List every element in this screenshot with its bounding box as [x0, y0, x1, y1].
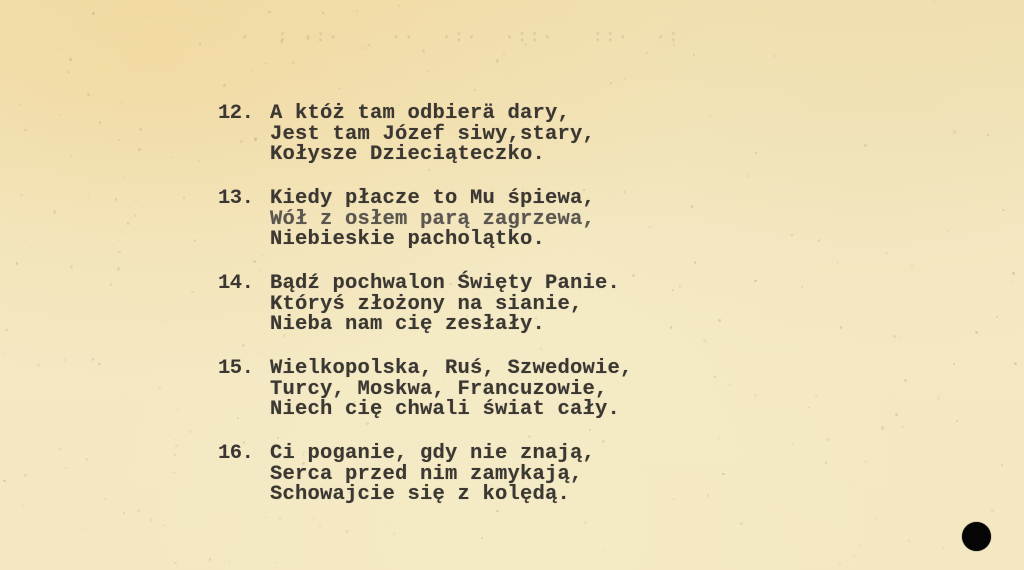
verse-line: Wół z osłem parą zagrzewa, — [270, 210, 595, 231]
paper-speckle — [860, 544, 861, 545]
paper-speckle — [908, 540, 910, 542]
paper-speckle — [902, 74, 903, 75]
paper-speckle — [836, 381, 837, 382]
paper-speckle — [871, 17, 872, 19]
paper-speckle — [775, 38, 776, 39]
paper-speckle — [718, 437, 721, 440]
paper-speckle — [876, 518, 878, 519]
paper-speckle — [991, 509, 993, 512]
paper-speckle — [177, 408, 179, 411]
paper-speckle — [826, 438, 829, 442]
paper-speckle — [728, 384, 731, 386]
paper-speckle — [88, 197, 90, 199]
paper-speckle — [694, 261, 696, 264]
paper-speckle — [163, 525, 165, 527]
paper-speckle — [953, 130, 956, 134]
paper-speckle — [670, 326, 672, 329]
paper-speckle — [24, 129, 27, 131]
verse-line: Nieba nam cię zesłały. — [270, 315, 620, 336]
paper-speckle — [69, 58, 72, 61]
paper-speckle — [98, 363, 101, 365]
paper-speckle — [118, 139, 120, 141]
stanza-number: 14. — [218, 274, 270, 359]
paper-speckle — [22, 505, 24, 507]
paper-speckle — [87, 93, 90, 96]
paper-speckle — [962, 553, 963, 554]
paper-speckle — [947, 230, 948, 231]
paper-speckle — [20, 194, 23, 196]
paper-speckle — [754, 394, 757, 397]
paper-speckle — [162, 319, 164, 321]
paper-speckle — [624, 78, 626, 79]
paper-speckle — [1004, 295, 1005, 296]
verse-line: Kołysze Dzieciąteczko. — [270, 145, 595, 166]
paper-speckle — [92, 12, 95, 16]
paper-speckle — [851, 481, 852, 482]
paper-speckle — [672, 295, 673, 296]
paper-speckle — [422, 49, 425, 53]
paper-speckle — [198, 160, 200, 162]
paper-speckle — [474, 89, 476, 90]
paper-speckle — [714, 376, 715, 378]
paper-speckle — [53, 210, 56, 213]
paper-speckle — [12, 332, 13, 333]
paper-speckle — [807, 531, 808, 532]
paper-speckle — [881, 426, 884, 430]
paper-speckle — [646, 52, 648, 54]
paper-speckle — [5, 329, 7, 331]
paper-speckle — [173, 21, 175, 23]
paper-speckle — [134, 214, 136, 216]
paper-speckle — [673, 498, 675, 500]
paper-speckle — [722, 473, 724, 476]
paper-speckle — [774, 55, 776, 57]
stanza-13: 13. Kiedy płacze to Mu śpiewa, Wół z osł… — [218, 189, 633, 274]
paper-speckle — [127, 222, 129, 224]
stanza-14: 14. Bądź pochwalon Święty Panie. Któryś … — [218, 274, 633, 359]
paper-speckle — [183, 196, 185, 198]
paper-speckle — [707, 494, 709, 496]
paper-speckle — [398, 4, 401, 7]
paper-speckle — [59, 448, 62, 451]
paper-speckle — [610, 82, 612, 84]
paper-speckle — [158, 386, 161, 390]
paper-speckle — [956, 420, 958, 422]
paper-speckle — [123, 177, 124, 179]
paper-speckle — [144, 169, 146, 170]
paper-speckle — [104, 498, 106, 500]
verse-line: Schowajcie się z kolędą. — [270, 485, 595, 506]
paper-speckle — [959, 141, 960, 142]
paper-speckle — [137, 509, 140, 512]
paper-speckle — [815, 395, 818, 398]
paper-speckle — [139, 128, 142, 131]
paper-speckle — [996, 316, 998, 317]
paper-speckle — [693, 54, 695, 56]
stanza-15: 15. Wielkopolska, Ruś, Szwedowie, Turcy,… — [218, 359, 633, 444]
paper-speckle — [933, 1, 934, 2]
paper-speckle — [338, 88, 340, 90]
paper-speckle — [19, 104, 21, 105]
stanza-number: 13. — [218, 189, 270, 274]
paper-speckle — [171, 157, 172, 158]
paper-speckle — [704, 101, 706, 102]
stanza-lines: A któż tam odbierä dary, Jest tam Józef … — [270, 104, 595, 189]
paper-speckle — [118, 251, 120, 253]
paper-speckle — [251, 70, 254, 72]
paper-speckle — [157, 291, 158, 292]
paper-speckle — [191, 291, 194, 293]
paper-speckle — [322, 12, 323, 13]
paper-speckle — [292, 61, 294, 64]
paper-speckle — [150, 519, 152, 521]
paper-speckle — [37, 364, 40, 367]
paper-speckle — [885, 252, 888, 255]
paper-speckle — [911, 265, 913, 267]
stanza-number: 15. — [218, 359, 270, 444]
paper-speckle — [840, 326, 843, 329]
paper-speckle — [691, 205, 694, 208]
paper-speckle — [115, 198, 117, 201]
paper-speckle — [174, 562, 176, 564]
paper-speckle — [92, 358, 94, 361]
verse-line: Ci poganie, gdy nie znają, — [270, 444, 595, 465]
paper-speckle — [265, 63, 266, 65]
paper-speckle — [503, 53, 505, 56]
paper-speckle — [24, 474, 27, 477]
paper-speckle — [895, 413, 898, 415]
paper-speckle — [110, 283, 112, 286]
verse-line: Któryś złożony na sianie, — [270, 295, 620, 316]
bleed-through-text: · ; ·:· ·· ·:· ·::· ::· ·: — [240, 28, 681, 46]
paper-speckle — [893, 335, 896, 338]
paper-speckle — [346, 530, 348, 532]
paper-speckle — [115, 187, 116, 188]
paper-speckle — [747, 175, 750, 177]
verse-line: Jest tam Józef siwy,stary, — [270, 125, 595, 146]
paper-speckle — [942, 546, 945, 549]
stanza-number: 12. — [218, 104, 270, 189]
paper-speckle — [811, 14, 812, 15]
paper-speckle — [82, 528, 84, 530]
paper-speckle — [135, 200, 137, 202]
verse-line: A któż tam odbierä dary, — [270, 104, 595, 125]
paper-speckle — [632, 274, 635, 278]
paper-speckle — [993, 487, 995, 489]
paper-speckle — [864, 144, 867, 147]
stanza-12: 12. A któż tam odbierä dary, Jest tam Jó… — [218, 104, 633, 189]
paper-speckle — [60, 213, 62, 214]
paper-speckle — [13, 425, 14, 426]
punch-hole — [962, 522, 991, 551]
paper-speckle — [740, 522, 743, 525]
paper-speckle — [791, 234, 794, 236]
paper-speckle — [123, 512, 125, 514]
paper-speckle — [16, 262, 18, 265]
paper-speckle — [3, 480, 6, 482]
paper-speckle — [602, 550, 603, 552]
paper-speckle — [427, 70, 429, 72]
verse-line: Niech cię chwali świat cały. — [270, 400, 633, 421]
paper-speckle — [900, 336, 902, 337]
paper-speckle — [175, 439, 176, 440]
stanza-lines: Ci poganie, gdy nie znają, Serca przed n… — [270, 444, 595, 529]
verse-line: Niebieskie pacholątko. — [270, 230, 595, 251]
stanza-number: 16. — [218, 444, 270, 529]
paper-speckle — [754, 280, 757, 282]
paper-speckle — [839, 563, 841, 565]
paper-speckle — [174, 454, 176, 456]
paper-speckle — [4, 353, 6, 355]
paper-speckle — [189, 430, 191, 433]
paper-speckle — [31, 246, 33, 247]
stanza-lines: Wielkopolska, Ruś, Szwedowie, Turcy, Mos… — [270, 359, 633, 444]
paper-speckle — [138, 148, 141, 151]
paper-speckle — [99, 121, 101, 124]
paper-speckle — [223, 84, 226, 87]
paper-speckle — [199, 42, 201, 45]
paper-speckle — [70, 265, 73, 269]
paper-speckle — [68, 71, 70, 73]
paper-speckle — [1014, 362, 1017, 365]
verse-line: Bądź pochwalon Święty Panie. — [270, 274, 620, 295]
paper-speckle — [825, 461, 827, 463]
paper-speckle — [361, 47, 364, 49]
paper-speckle — [229, 561, 231, 563]
paper-speckle — [59, 114, 61, 116]
paper-speckle — [987, 134, 989, 136]
paper-speckle — [792, 443, 795, 445]
paper-speckle — [904, 379, 907, 382]
paper-speckle — [64, 359, 66, 361]
paper-speckle — [801, 286, 803, 288]
paper-speckle — [1012, 280, 1014, 281]
paper-speckle — [953, 363, 956, 365]
paper-speckle — [818, 239, 821, 242]
paper-speckle — [496, 59, 499, 62]
verse-line: Kiedy płacze to Mu śpiewa, — [270, 189, 595, 210]
paper-speckle — [65, 467, 67, 469]
paper-speckle — [285, 533, 286, 534]
paper-speckle — [175, 444, 178, 446]
paper-speckle — [837, 262, 839, 264]
paper-speckle — [1002, 209, 1004, 211]
paper-speckle — [425, 5, 426, 6]
stanza-lines: Bądź pochwalon Święty Panie. Któryś złoż… — [270, 274, 620, 359]
paper-speckle — [703, 339, 706, 342]
paper-speckle — [710, 115, 711, 117]
paper-speckle — [937, 396, 940, 400]
paper-speckle — [718, 319, 721, 322]
paper-speckle — [146, 15, 148, 17]
paper-speckle — [4, 130, 6, 132]
paper-speckle — [853, 556, 856, 558]
paper-speckle — [276, 562, 277, 563]
paper-speckle — [268, 11, 271, 13]
paper-speckle — [865, 461, 866, 462]
verse-line: Serca przed nim zamykają, — [270, 465, 595, 486]
poem-body: 12. A któż tam odbierä dary, Jest tam Jó… — [218, 104, 633, 529]
paper-speckle — [901, 552, 902, 553]
stanza-16: 16. Ci poganie, gdy nie znają, Serca prz… — [218, 444, 633, 529]
paper-speckle — [70, 155, 73, 158]
paper-speckle — [173, 472, 175, 473]
paper-speckle — [1001, 464, 1003, 466]
paper-speckle — [209, 558, 212, 561]
paper-speckle — [119, 240, 120, 241]
paper-speckle — [918, 151, 919, 153]
verse-line: Wielkopolska, Ruś, Szwedowie, — [270, 359, 633, 380]
paper-speckle — [393, 532, 395, 534]
paper-speckle — [117, 267, 120, 271]
paper-speckle — [120, 102, 122, 103]
paper-speckle — [481, 537, 483, 539]
verse-line: Turcy, Moskwa, Francuzowie, — [270, 380, 633, 401]
paper-speckle — [649, 226, 651, 228]
paper-speckle — [808, 407, 810, 409]
paper-speckle — [679, 287, 680, 288]
paper-speckle — [194, 239, 196, 242]
paper-speckle — [191, 173, 192, 174]
paper-speckle — [975, 331, 978, 334]
paper-speckle — [356, 10, 357, 12]
paper-speckle — [755, 152, 757, 154]
paper-speckle — [86, 458, 89, 462]
paper-speckle — [672, 289, 674, 291]
paper-speckle — [1012, 272, 1015, 274]
paper-speckle — [639, 49, 640, 50]
paper-speckle — [85, 471, 86, 473]
stanza-lines: Kiedy płacze to Mu śpiewa, Wół z osłem p… — [270, 189, 595, 274]
paper-speckle — [901, 426, 904, 428]
